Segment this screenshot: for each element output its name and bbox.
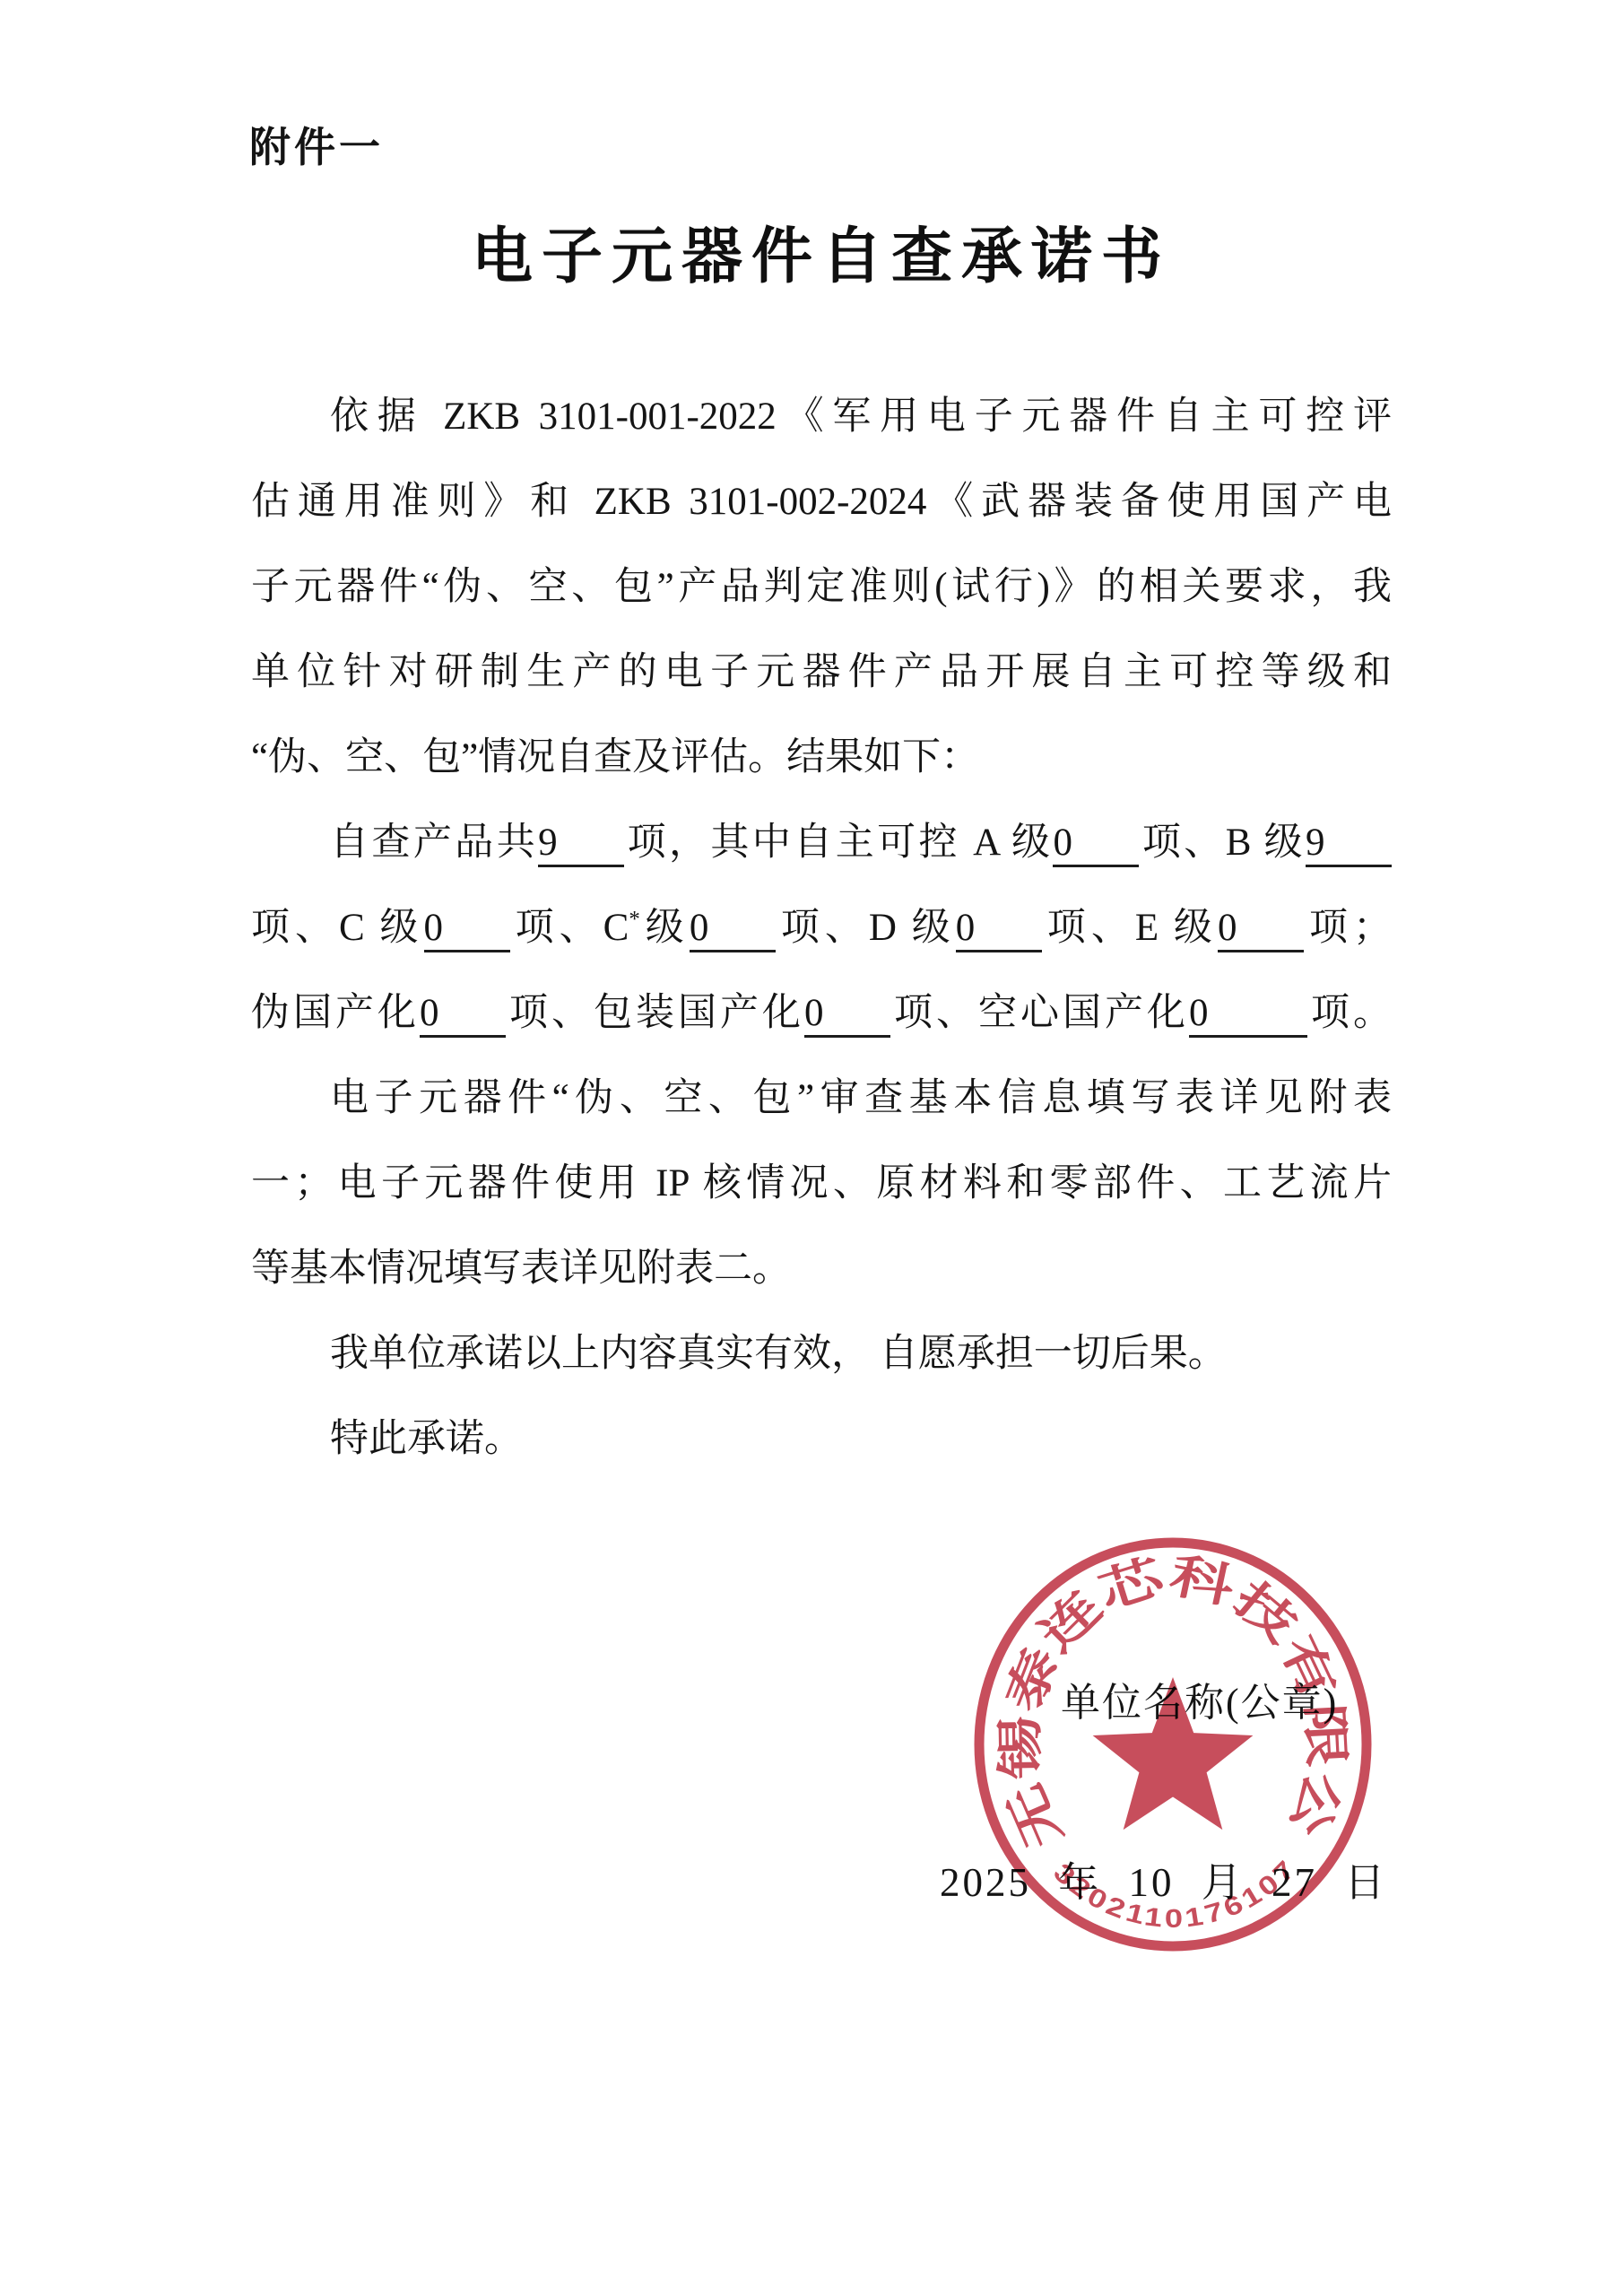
fill-in-blank-grade-e: 0	[1218, 906, 1304, 952]
paragraph1-line5: “伪、空、包”情况自查及评估。结果如下：	[251, 715, 1392, 800]
fill-in-blank-hollow-localized: 0	[1189, 991, 1307, 1038]
company-seal-stamp: 无锡泰连芯科技有限公司 3202110176107	[949, 1509, 1397, 1984]
text-segment: 项、包装国产化	[506, 992, 804, 1034]
document-page: 附件一 电子元器件自查承诺书 依据 ZKB 3101-001-2022《军用电子…	[0, 0, 1623, 2296]
paragraph2-line2: 项、C 级0项、C*级0项、D 级0项、E 级0项；	[251, 885, 1392, 970]
paragraph3-line1: 电子元器件“伪、空、包”审查基本信息填写表详见附表	[251, 1056, 1392, 1141]
text-segment: 项。	[1307, 992, 1392, 1034]
paragraph2-line3: 伪国产化0项、包装国产化0项、空心国产化0项。	[251, 970, 1392, 1056]
text-segment: 项、C 级	[251, 907, 424, 949]
text-segment: 项、D 级	[776, 907, 956, 949]
paragraph4-line1: 我单位承诺以上内容真实有效， 自愿承担一切后果。	[251, 1311, 1392, 1396]
superscript-asterisk: *	[629, 908, 639, 932]
document-body: 依据 ZKB 3101-001-2022《军用电子元器件自主可控评 估通用准则》…	[251, 374, 1392, 1482]
paragraph1-line1: 依据 ZKB 3101-001-2022《军用电子元器件自主可控评	[251, 374, 1392, 459]
paragraph4-line2: 特此承诺。	[251, 1396, 1392, 1482]
attachment-label: 附件一	[249, 115, 384, 174]
fill-in-blank-grade-a: 0	[1053, 821, 1139, 867]
paragraph3-line3: 等基本情况填写表详见附表二。	[251, 1226, 1392, 1311]
paragraph1-line4: 单位针对研制生产的电子元器件产品开展自主可控等级和	[251, 630, 1392, 715]
paragraph3-line2: 一；电子元器件使用 IP 核情况、原材料和零部件、工艺流片	[251, 1141, 1392, 1226]
stamp-star	[1093, 1677, 1254, 1830]
text-segment: 自查产品共	[330, 822, 538, 864]
fill-in-blank-package-localized: 0	[804, 991, 890, 1038]
page-title: 电子元器件自查承诺书	[251, 208, 1392, 295]
text-segment: 项、B 级	[1139, 822, 1306, 864]
fill-in-blank-total: 9	[538, 821, 624, 867]
text-segment: 级	[640, 907, 690, 949]
fill-in-blank-grade-cstar: 0	[690, 906, 776, 952]
paragraph1-line2: 估通用准则》和 ZKB 3101-002-2024《武器装备使用国产电	[251, 459, 1392, 544]
fill-in-blank-fake-localized: 0	[420, 991, 506, 1038]
paragraph1-line3: 子元器件“伪、空、包”产品判定准则(试行)》的相关要求，我	[251, 544, 1392, 630]
fill-in-blank-grade-d: 0	[956, 906, 1042, 952]
text-segment: 项、E 级	[1042, 907, 1218, 949]
paragraph2-line1: 自查产品共9项，其中自主可控 A 级0项、B 级9	[251, 800, 1392, 885]
text-segment: 伪国产化	[251, 992, 420, 1034]
fill-in-blank-grade-c: 0	[424, 906, 510, 952]
text-segment: 项、空心国产化	[890, 992, 1189, 1034]
text-segment: 项，其中自主可控 A 级	[624, 822, 1053, 864]
fill-in-blank-grade-b: 9	[1306, 821, 1392, 867]
text-segment: 项、C	[510, 907, 629, 949]
text-segment: 项；	[1304, 907, 1392, 949]
